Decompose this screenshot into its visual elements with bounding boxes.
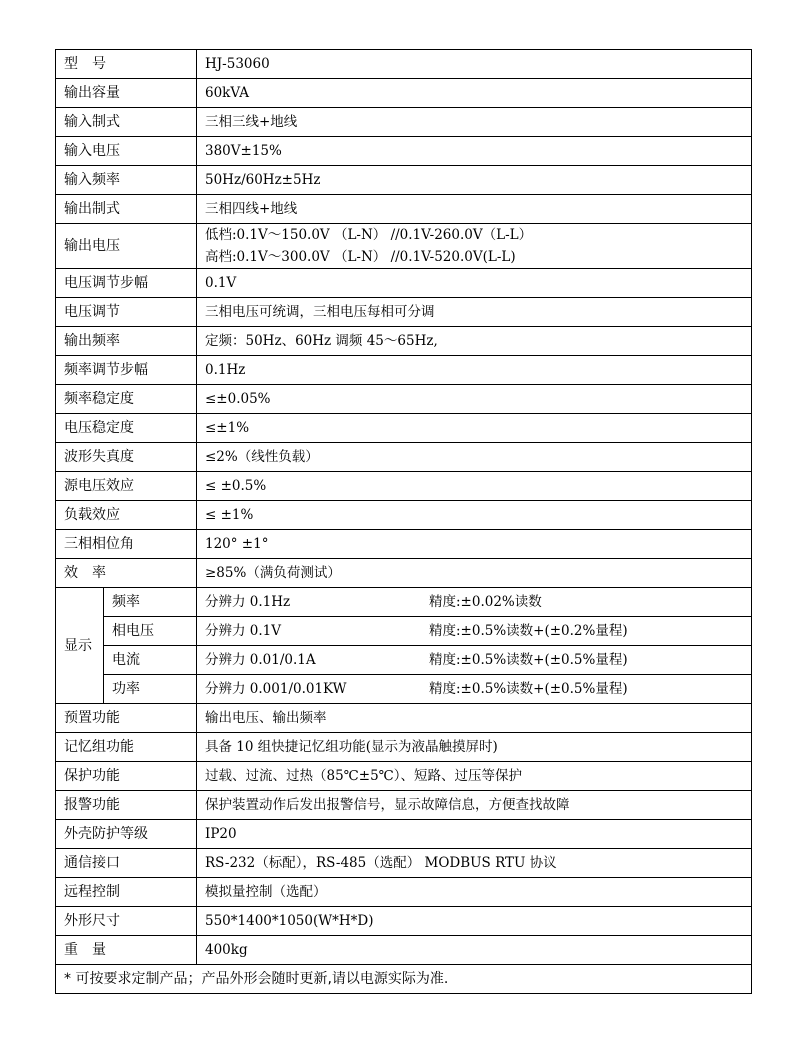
row-label: 电压稳定度 <box>56 414 197 443</box>
row-value: 50Hz/60Hz±5Hz <box>197 166 752 195</box>
row-label: 波形失真度 <box>56 443 197 472</box>
table-row: 外形尺寸 550*1400*1050(W*H*D) <box>56 907 752 936</box>
row-value: 过载、过流、过热（85℃±5℃）、短路、过压等保护 <box>197 762 752 791</box>
display-resolution: 分辨力 0.1Hz <box>205 594 290 610</box>
display-item-value: 分辨力 0.1V 精度:±0.5%读数+(±0.2%量程) <box>197 617 752 646</box>
row-value: 输出电压、输出频率 <box>197 704 752 733</box>
display-row: 相电压 分辨力 0.1V 精度:±0.5%读数+(±0.2%量程) <box>56 617 752 646</box>
row-label: 外壳防护等级 <box>56 820 197 849</box>
row-label: 输出制式 <box>56 195 197 224</box>
display-accuracy: 精度:±0.5%读数+(±0.5%量程) <box>429 651 628 669</box>
row-value: 400kg <box>197 936 752 965</box>
table-row: 预置功能 输出电压、输出频率 <box>56 704 752 733</box>
display-item-label: 功率 <box>104 675 197 704</box>
display-group-label: 显示 <box>56 588 104 704</box>
row-label: 三相相位角 <box>56 530 197 559</box>
row-label: 输出电压 <box>56 224 197 269</box>
row-label: 源电压效应 <box>56 472 197 501</box>
table-row: 频率调节步幅 0.1Hz <box>56 356 752 385</box>
row-label: 保护功能 <box>56 762 197 791</box>
row-label: 报警功能 <box>56 791 197 820</box>
display-accuracy: 精度:±0.02%读数 <box>429 593 542 611</box>
table-row: 输入电压 380V±15% <box>56 137 752 166</box>
row-value: 三相四线+地线 <box>197 195 752 224</box>
output-voltage-low: 低档:0.1V～150.0V （L-N） //0.1V-260.0V（L-L） <box>205 224 751 246</box>
display-item-value: 分辨力 0.01/0.1A 精度:±0.5%读数+(±0.5%量程) <box>197 646 752 675</box>
output-voltage-high: 高档:0.1V～300.0V （L-N） //0.1V-520.0V(L-L) <box>205 246 751 268</box>
row-label: 通信接口 <box>56 849 197 878</box>
row-value: 三相电压可统调，三相电压每相可分调 <box>197 298 752 327</box>
row-label: 电压调节步幅 <box>56 269 197 298</box>
table-row: 三相相位角 120° ±1° <box>56 530 752 559</box>
table-row: 输出容量 60kVA <box>56 79 752 108</box>
table-row: 输出频率 定频：50Hz、60Hz 调频 45～65Hz, <box>56 327 752 356</box>
row-label: 重 量 <box>56 936 197 965</box>
row-value: 具备 10 组快捷记忆组功能(显示为液晶触摸屏时) <box>197 733 752 762</box>
row-value: 保护装置动作后发出报警信号，显示故障信息，方便查找故障 <box>197 791 752 820</box>
table-row: 外壳防护等级 IP20 <box>56 820 752 849</box>
row-value: RS-232（标配），RS-485（选配） MODBUS RTU 协议 <box>197 849 752 878</box>
display-item-label: 频率 <box>104 588 197 617</box>
row-value: ≤±0.05% <box>197 385 752 414</box>
display-item-label: 相电压 <box>104 617 197 646</box>
row-value: 0.1V <box>197 269 752 298</box>
table-row: 源电压效应 ≤ ±0.5% <box>56 472 752 501</box>
row-value: IP20 <box>197 820 752 849</box>
display-row: 功率 分辨力 0.001/0.01KW 精度:±0.5%读数+(±0.5%量程) <box>56 675 752 704</box>
row-value: 60kVA <box>197 79 752 108</box>
table-row: 通信接口 RS-232（标配），RS-485（选配） MODBUS RTU 协议 <box>56 849 752 878</box>
table-row: 输入制式 三相三线+地线 <box>56 108 752 137</box>
table-row: 负载效应 ≤ ±1% <box>56 501 752 530</box>
row-label: 外形尺寸 <box>56 907 197 936</box>
row-label: 负载效应 <box>56 501 197 530</box>
row-label: 频率稳定度 <box>56 385 197 414</box>
display-item-value: 分辨力 0.1Hz 精度:±0.02%读数 <box>197 588 752 617</box>
row-value: 低档:0.1V～150.0V （L-N） //0.1V-260.0V（L-L） … <box>197 224 752 269</box>
display-resolution: 分辨力 0.001/0.01KW <box>205 681 347 697</box>
table-row: 报警功能 保护装置动作后发出报警信号，显示故障信息，方便查找故障 <box>56 791 752 820</box>
table-row: 效 率 ≥85%（满负荷测试） <box>56 559 752 588</box>
row-value: HJ-53060 <box>197 50 752 79</box>
row-label: 远程控制 <box>56 878 197 907</box>
row-label: 电压调节 <box>56 298 197 327</box>
display-resolution: 分辨力 0.1V <box>205 623 281 639</box>
row-label: 输出容量 <box>56 79 197 108</box>
table-row-output-voltage: 输出电压 低档:0.1V～150.0V （L-N） //0.1V-260.0V（… <box>56 224 752 269</box>
table-row: 电压调节 三相电压可统调，三相电压每相可分调 <box>56 298 752 327</box>
table-row: 远程控制 模拟量控制（选配） <box>56 878 752 907</box>
table-row: 输出制式 三相四线+地线 <box>56 195 752 224</box>
row-value: ≤±1% <box>197 414 752 443</box>
row-value: 0.1Hz <box>197 356 752 385</box>
row-label: 输入频率 <box>56 166 197 195</box>
table-note-row: * 可按要求定制产品；产品外形会随时更新,请以电源实际为准. <box>56 965 752 994</box>
row-label: 预置功能 <box>56 704 197 733</box>
row-value: 定频：50Hz、60Hz 调频 45～65Hz, <box>197 327 752 356</box>
row-value: ≤ ±1% <box>197 501 752 530</box>
table-row: 电压稳定度 ≤±1% <box>56 414 752 443</box>
row-label: 输入电压 <box>56 137 197 166</box>
footnote: * 可按要求定制产品；产品外形会随时更新,请以电源实际为准. <box>56 965 752 994</box>
table-row: 电压调节步幅 0.1V <box>56 269 752 298</box>
row-value: ≤2%（线性负载） <box>197 443 752 472</box>
display-resolution: 分辨力 0.01/0.1A <box>205 652 316 668</box>
row-label: 输入制式 <box>56 108 197 137</box>
table-row: 型 号 HJ-53060 <box>56 50 752 79</box>
row-label: 频率调节步幅 <box>56 356 197 385</box>
table-row: 频率稳定度 ≤±0.05% <box>56 385 752 414</box>
row-value: 模拟量控制（选配） <box>197 878 752 907</box>
row-label: 型 号 <box>56 50 197 79</box>
table-row: 记忆组功能 具备 10 组快捷记忆组功能(显示为液晶触摸屏时) <box>56 733 752 762</box>
table-row: 保护功能 过载、过流、过热（85℃±5℃）、短路、过压等保护 <box>56 762 752 791</box>
display-item-label: 电流 <box>104 646 197 675</box>
table-row: 重 量 400kg <box>56 936 752 965</box>
display-accuracy: 精度:±0.5%读数+(±0.2%量程) <box>429 622 628 640</box>
display-item-value: 分辨力 0.001/0.01KW 精度:±0.5%读数+(±0.5%量程) <box>197 675 752 704</box>
row-value: 三相三线+地线 <box>197 108 752 137</box>
display-accuracy: 精度:±0.5%读数+(±0.5%量程) <box>429 680 628 698</box>
table-row: 波形失真度 ≤2%（线性负载） <box>56 443 752 472</box>
row-value: 380V±15% <box>197 137 752 166</box>
spec-table: 型 号 HJ-53060 输出容量 60kVA 输入制式 三相三线+地线 输入电… <box>55 49 752 994</box>
display-row: 电流 分辨力 0.01/0.1A 精度:±0.5%读数+(±0.5%量程) <box>56 646 752 675</box>
row-label: 输出频率 <box>56 327 197 356</box>
row-value: ≤ ±0.5% <box>197 472 752 501</box>
table-row: 输入频率 50Hz/60Hz±5Hz <box>56 166 752 195</box>
display-row: 显示 频率 分辨力 0.1Hz 精度:±0.02%读数 <box>56 588 752 617</box>
row-label: 记忆组功能 <box>56 733 197 762</box>
row-value: 550*1400*1050(W*H*D) <box>197 907 752 936</box>
row-value: 120° ±1° <box>197 530 752 559</box>
row-value: ≥85%（满负荷测试） <box>197 559 752 588</box>
row-label: 效 率 <box>56 559 197 588</box>
